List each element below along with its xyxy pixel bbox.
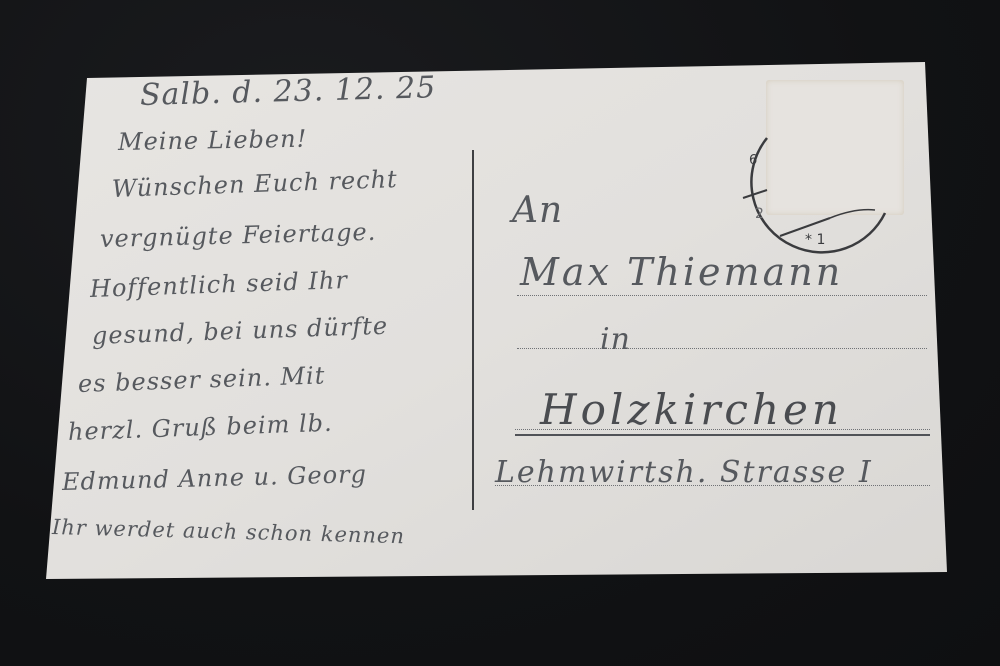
address-preposition: in (600, 322, 631, 357)
address-name: Max Thiemann (520, 250, 843, 294)
center-divider-line (472, 150, 474, 510)
address-line-1 (517, 295, 927, 296)
address-line-3-underline (515, 434, 930, 436)
address-town: Holzkirchen (540, 385, 843, 434)
address-line-2 (517, 348, 927, 349)
message-greeting: Meine Lieben! (118, 125, 308, 156)
postmark-digit: * 1 (805, 232, 825, 248)
postmark-icon: 6 2 * 1 (735, 128, 895, 258)
postcard: Salb. d. 23. 12. 25 Meine Lieben! Wünsch… (0, 0, 1000, 666)
address-prefix: An (512, 190, 563, 231)
address-street: Lehmwirtsh. Strasse I (495, 455, 873, 490)
postmark-digit: 6 (749, 153, 757, 168)
postmark-digit: 2 (755, 206, 764, 222)
